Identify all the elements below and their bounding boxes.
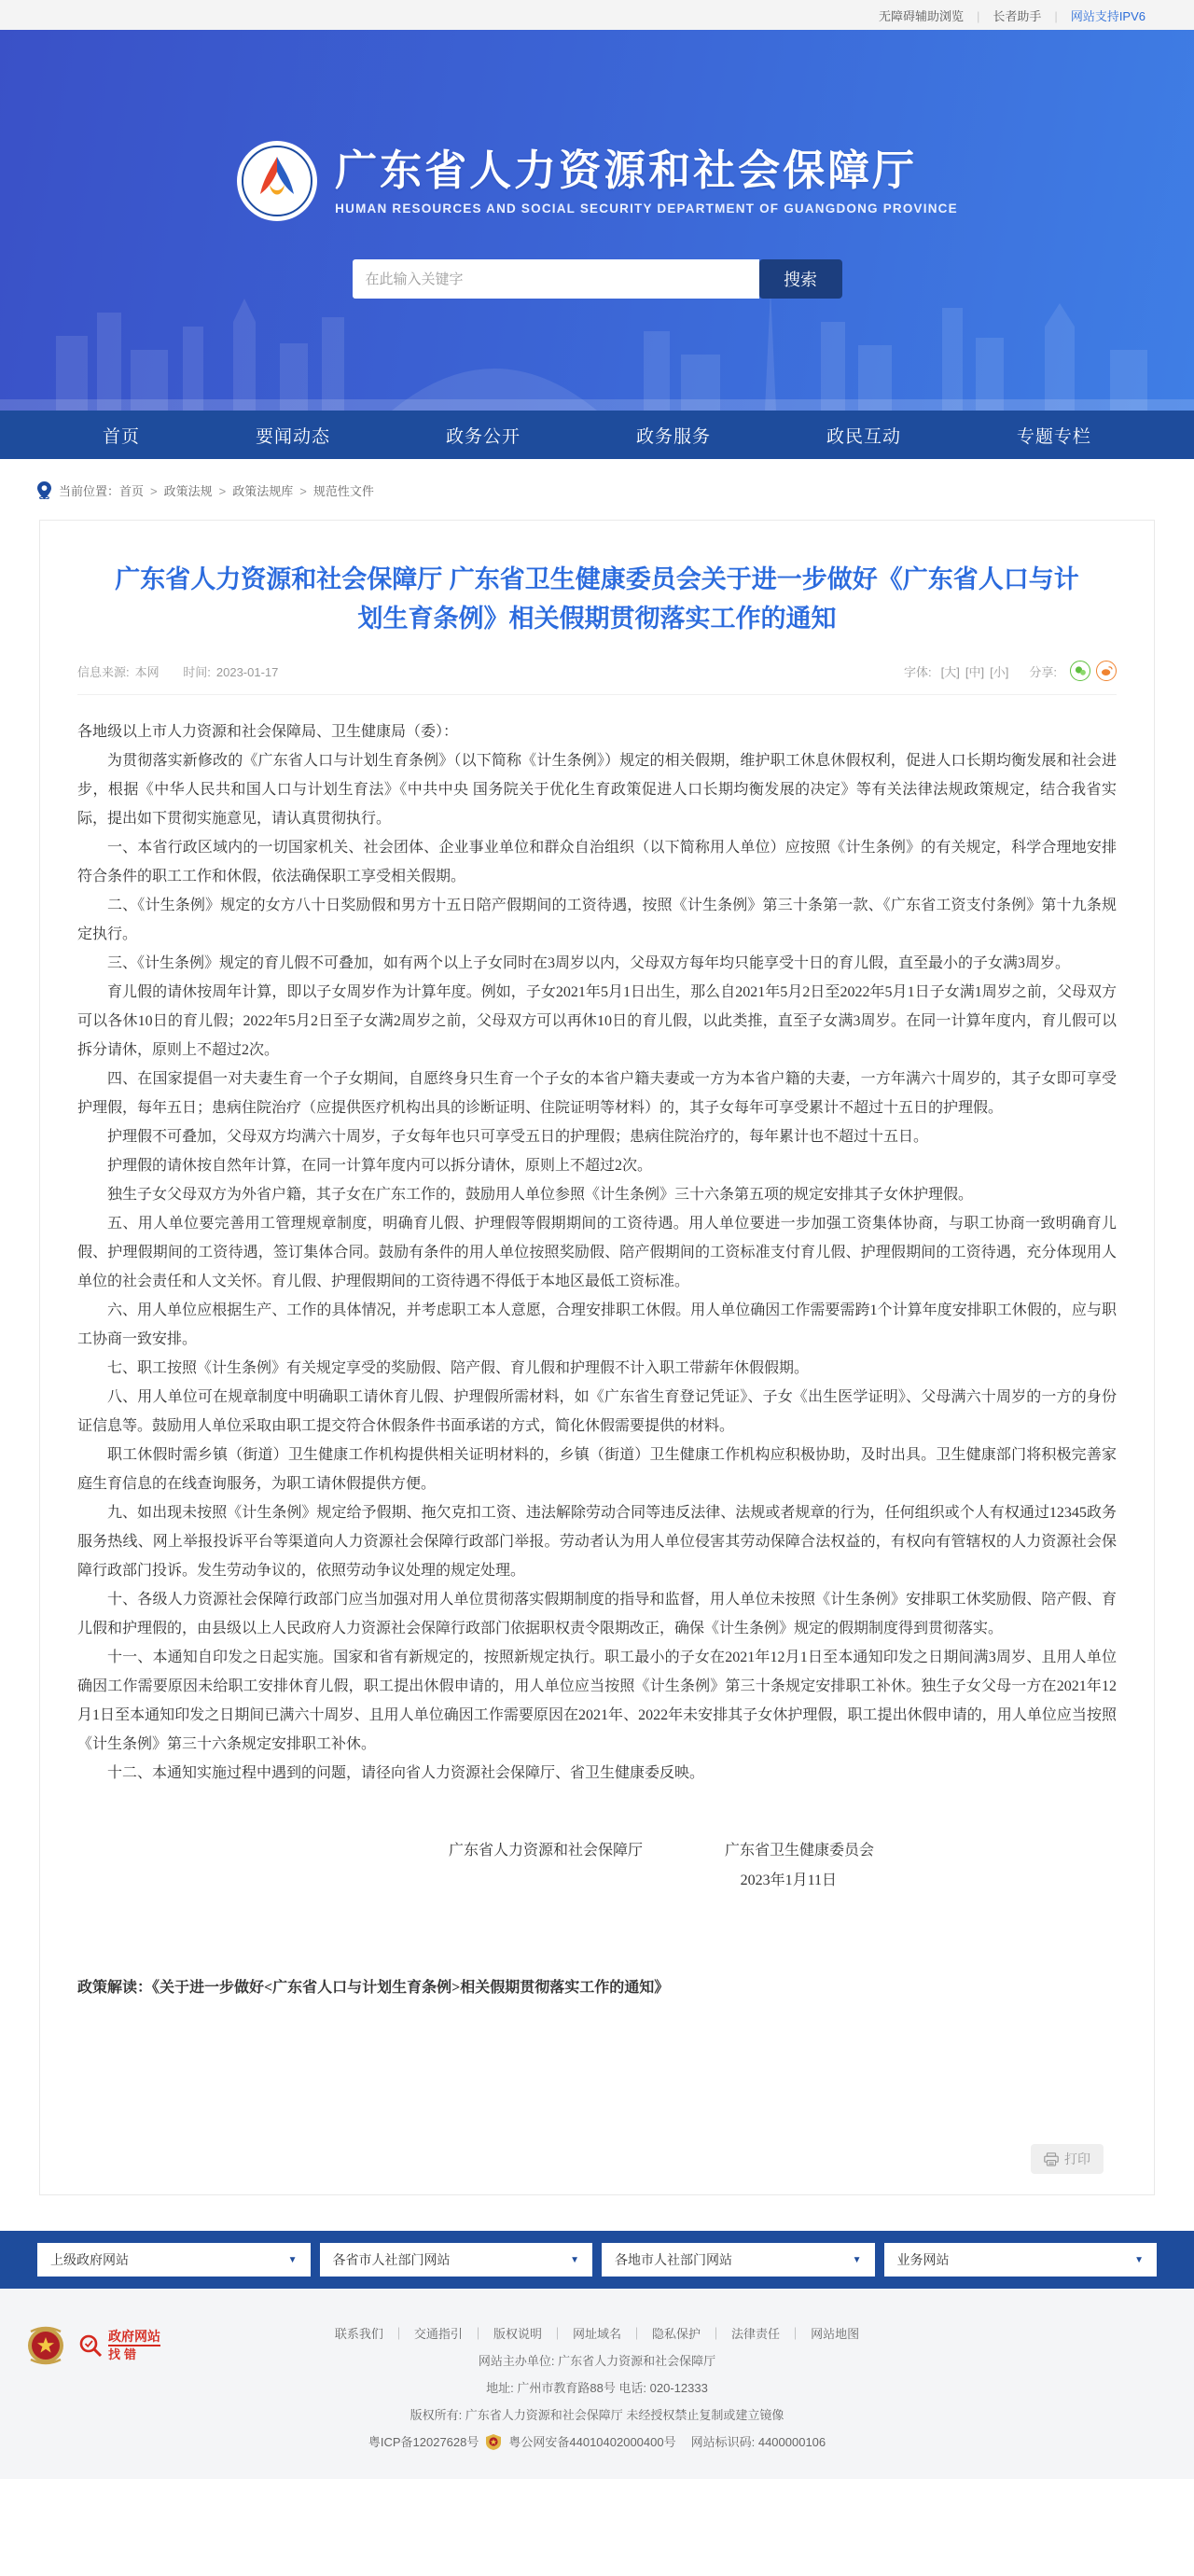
article-paragraph: 三、《计生条例》规定的育儿假不可叠加，如有两个以上子女同时在3周岁以内，父母双方… — [77, 949, 1117, 978]
printer-icon — [1044, 2152, 1059, 2166]
footer-site-code: 网站标识码: 4400000106 — [691, 2435, 826, 2449]
find-error-badge-top: 政府网站 — [108, 2329, 160, 2346]
footer-separator: ｜ — [551, 2327, 563, 2341]
nav-item[interactable]: 专题专栏 — [1017, 423, 1091, 448]
weibo-share-icon[interactable] — [1096, 661, 1117, 681]
main-nav: 首页要闻动态政务公开政务服务政民互动专题专栏 — [0, 411, 1194, 459]
article-card: 广东省人力资源和社会保障厅 广东省卫生健康委员会关于进一步做好《广东省人口与计划… — [39, 520, 1155, 2195]
signature-org-1: 广东省人力资源和社会保障厅 — [449, 1843, 643, 1859]
gov-site-find-error-badge[interactable]: 政府网站 找错 — [78, 2329, 160, 2363]
footer-copyright: 版权所有: 广东省人力资源和社会保障厅 未经授权禁止复制或建立镜像 — [0, 2402, 1194, 2429]
footer-dropdown[interactable]: 业务网站▼ — [884, 2243, 1158, 2277]
breadcrumb-label: 当前位置： — [59, 481, 119, 499]
chevron-down-icon: ▼ — [853, 2255, 862, 2265]
footer-dropdown[interactable]: 各省市人社部门网站▼ — [320, 2243, 593, 2277]
topbar-separator: | — [1054, 9, 1057, 23]
font-size-button[interactable]: [大] — [941, 665, 960, 679]
footer-link[interactable]: 网址域名 — [573, 2327, 621, 2341]
time-value: 2023-01-17 — [216, 665, 279, 679]
breadcrumb-trail: 首页>政策法规>政策法规库>规范性文件 — [119, 481, 374, 499]
topbar-separator: | — [977, 9, 979, 23]
footer-dropdown[interactable]: 上级政府网站▼ — [37, 2243, 311, 2277]
article-body: 各地级以上市人力资源和社会保障局、卫生健康局（委）：为贯彻落实新修改的《广东省人… — [77, 717, 1117, 1788]
footer-links: 联系我们｜交通指引｜版权说明｜网址域名｜隐私保护｜法律责任｜网站地图 — [0, 2320, 1194, 2347]
print-label: 打印 — [1064, 2150, 1090, 2168]
breadcrumb-link[interactable]: 首页 — [119, 484, 144, 498]
font-size-button[interactable]: [小] — [990, 665, 1008, 679]
police-badge-icon — [486, 2434, 501, 2450]
search-button[interactable]: 搜索 — [759, 259, 842, 299]
footer-link[interactable]: 交通指引 — [414, 2327, 463, 2341]
footer-host: 网站主办单位: 广东省人力资源和社会保障厅 — [0, 2347, 1194, 2374]
footer-link[interactable]: 联系我们 — [335, 2327, 383, 2341]
footer-police[interactable]: 粤公网安备44010402000400号 — [508, 2435, 675, 2449]
dropdown-label: 各地市人社部门网站 — [615, 2250, 732, 2269]
footer-icp[interactable]: 粤ICP备12027628号 — [368, 2435, 479, 2449]
breadcrumb-link[interactable]: 政策法规库 — [232, 484, 293, 498]
footer-link[interactable]: 法律责任 — [731, 2327, 780, 2341]
share-label: 分享: — [1029, 662, 1057, 680]
topbar: 无障碍辅助浏览|长者助手|网站支持IPV6 — [0, 0, 1194, 30]
dropdown-label: 上级政府网站 — [50, 2250, 129, 2269]
font-size-controls: [大][中][小] — [941, 662, 1015, 680]
meta-source: 信息来源:本网 时间:2023-01-17 — [77, 662, 284, 680]
footer-registration-row: 粤ICP备12027628号粤公网安备44010402000400号网站标识码:… — [0, 2429, 1194, 2456]
breadcrumb-separator: > — [219, 484, 227, 498]
link-bar: 上级政府网站▼各省市人社部门网站▼各地市人社部门网站▼业务网站▼ — [0, 2231, 1194, 2289]
search-bar: 搜索 — [353, 259, 842, 299]
breadcrumb-separator: > — [299, 484, 307, 498]
footer-separator: ｜ — [472, 2327, 484, 2341]
gov-emblem-badge[interactable] — [26, 2324, 65, 2367]
font-label: 字体: — [904, 662, 932, 680]
footer-dropdown[interactable]: 各地市人社部门网站▼ — [602, 2243, 875, 2277]
footer-address: 地址: 广州市教育路88号 电话: 020-12333 — [0, 2374, 1194, 2402]
article-paragraph: 十、各级人力资源社会保障行政部门应当加强对用人单位贯彻落实假期制度的指导和监督，… — [77, 1585, 1117, 1643]
breadcrumb-link[interactable]: 政策法规 — [164, 484, 213, 498]
policy-interpretation-link[interactable]: 政策解读：《关于进一步做好<广东省人口与计划生育条例>相关假期贯彻落实工作的通知… — [77, 1975, 1135, 1997]
site-title: 广东省人力资源和社会保障厅 — [335, 146, 958, 195]
topbar-links: 无障碍辅助浏览|长者助手|网站支持IPV6 — [879, 7, 1145, 24]
article-paragraph: 七、职工按照《计生条例》有关规定享受的奖励假、陪产假、育儿假和护理假不计入职工带… — [77, 1354, 1117, 1383]
article-paragraph: 职工休假时需乡镇（街道）卫生健康工作机构提供相关证明材料的，乡镇（街道）卫生健康… — [77, 1441, 1117, 1498]
nav-item[interactable]: 政务公开 — [446, 423, 521, 448]
article-paragraph: 四、在国家提倡一对夫妻生育一个子女期间，自愿终身只生育一个子女的本省户籍夫妻或一… — [77, 1065, 1117, 1122]
footer: 政府网站 找错 联系我们｜交通指引｜版权说明｜网址域名｜隐私保护｜法律责任｜网站… — [0, 2289, 1194, 2479]
find-error-badge-bottom: 找错 — [108, 2345, 160, 2362]
breadcrumb-link[interactable]: 规范性文件 — [313, 484, 374, 498]
nav-item[interactable]: 政务服务 — [636, 423, 711, 448]
footer-link[interactable]: 隐私保护 — [652, 2327, 701, 2341]
dropdown-label: 各省市人社部门网站 — [333, 2250, 451, 2269]
nav-item[interactable]: 政民互动 — [826, 423, 901, 448]
topbar-link[interactable]: 网站支持IPV6 — [1071, 9, 1145, 23]
footer-separator: ｜ — [789, 2327, 801, 2341]
time-label: 时间: — [183, 665, 211, 679]
nav-item[interactable]: 首页 — [103, 423, 140, 448]
find-error-magnifier-icon — [78, 2333, 103, 2358]
article-paragraph: 各地级以上市人力资源和社会保障局、卫生健康局（委）： — [77, 717, 1117, 746]
article-paragraph: 育儿假的请休按周年计算，即以子女周岁作为计算年度。例如，子女2021年5月1日出… — [77, 978, 1117, 1065]
article-paragraph: 五、用人单位要完善用工管理规章制度，明确育儿假、护理假等假期期间的工资待遇。用人… — [77, 1209, 1117, 1296]
footer-separator: ｜ — [393, 2327, 405, 2341]
wechat-share-icon[interactable] — [1070, 661, 1090, 681]
site-header: 广东省人力资源和社会保障厅 HUMAN RESOURCES AND SOCIAL… — [0, 30, 1194, 411]
article-paragraph: 护理假不可叠加，父母双方均满六十周岁，子女每年也只可享受五日的护理假；患病住院治… — [77, 1122, 1117, 1151]
article-paragraph: 护理假的请休按自然年计算，在同一计算年度内可以拆分请休，原则上不超过2次。 — [77, 1151, 1117, 1180]
chevron-down-icon: ▼ — [570, 2255, 579, 2265]
signature-block: 广东省人力资源和社会保障厅广东省卫生健康委员会 2023年1月11日 — [59, 1836, 1135, 1895]
signature-org-2: 广东省卫生健康委员会 — [725, 1843, 874, 1859]
signature-date: 2023年1月11日 — [59, 1866, 1135, 1895]
font-size-button[interactable]: [中] — [965, 665, 984, 679]
footer-separator: ｜ — [710, 2327, 722, 2341]
breadcrumb-separator: > — [150, 484, 158, 498]
article-meta: 信息来源:本网 时间:2023-01-17 字体: [大][中][小] 分享: — [77, 661, 1117, 695]
location-pin-icon — [37, 481, 51, 499]
meta-tools: 字体: [大][中][小] 分享: — [904, 661, 1117, 681]
site-subtitle: HUMAN RESOURCES AND SOCIAL SECURITY DEPA… — [335, 202, 958, 216]
article-paragraph: 十一、本通知自印发之日起实施。国家和省有新规定的，按照新规定执行。职工最小的子女… — [77, 1643, 1117, 1759]
article-paragraph: 六、用人单位应根据生产、工作的具体情况，并考虑职工本人意愿，合理安排职工休假。用… — [77, 1296, 1117, 1354]
chevron-down-icon: ▼ — [1134, 2255, 1144, 2265]
article-paragraph: 十二、本通知实施过程中遇到的问题，请径向省人力资源社会保障厅、省卫生健康委反映。 — [77, 1759, 1117, 1788]
chevron-down-icon: ▼ — [288, 2255, 298, 2265]
source-value: 本网 — [135, 665, 160, 679]
search-input[interactable] — [353, 259, 759, 299]
breadcrumb: 当前位置： 首页>政策法规>政策法规库>规范性文件 — [0, 459, 1194, 514]
topbar-link[interactable]: 长者助手 — [993, 9, 1041, 23]
topbar-link[interactable]: 无障碍辅助浏览 — [879, 9, 964, 23]
brand: 广东省人力资源和社会保障厅 HUMAN RESOURCES AND SOCIAL… — [0, 30, 1194, 222]
site-logo — [236, 140, 318, 222]
article-paragraph: 八、用人单位可在规章制度中明确职工请休育儿假、护理假所需材料，如《广东省生育登记… — [77, 1383, 1117, 1441]
print-button[interactable]: 打印 — [1031, 2144, 1104, 2174]
footer-link[interactable]: 版权说明 — [493, 2327, 542, 2341]
article-paragraph: 一、本省行政区域内的一切国家机关、社会团体、企业事业单位和群众自治组织（以下简称… — [77, 833, 1117, 891]
dropdown-label: 业务网站 — [897, 2250, 950, 2269]
article-paragraph: 二、《计生条例》规定的女方八十日奖励假和男方十五日陪产假期间的工资待遇，按照《计… — [77, 891, 1117, 949]
article-title: 广东省人力资源和社会保障厅 广东省卫生健康委员会关于进一步做好《广东省人口与计划… — [59, 560, 1135, 638]
footer-separator: ｜ — [631, 2327, 643, 2341]
footer-badges: 政府网站 找错 — [26, 2324, 160, 2367]
article-paragraph: 九、如出现未按照《计生条例》规定给予假期、拖欠克扣工资、违法解除劳动合同等违反法… — [77, 1498, 1117, 1585]
footer-link[interactable]: 网站地图 — [811, 2327, 859, 2341]
article-paragraph: 独生子女父母双方为外省户籍，其子女在广东工作的，鼓励用人单位参照《计生条例》三十… — [77, 1180, 1117, 1209]
print-row: 打印 — [59, 2144, 1104, 2174]
nav-item[interactable]: 要闻动态 — [256, 423, 330, 448]
article-paragraph: 为贯彻落实新修改的《广东省人口与计划生育条例》（以下简称《计生条例》）规定的相关… — [77, 746, 1117, 833]
source-label: 信息来源: — [77, 665, 130, 679]
